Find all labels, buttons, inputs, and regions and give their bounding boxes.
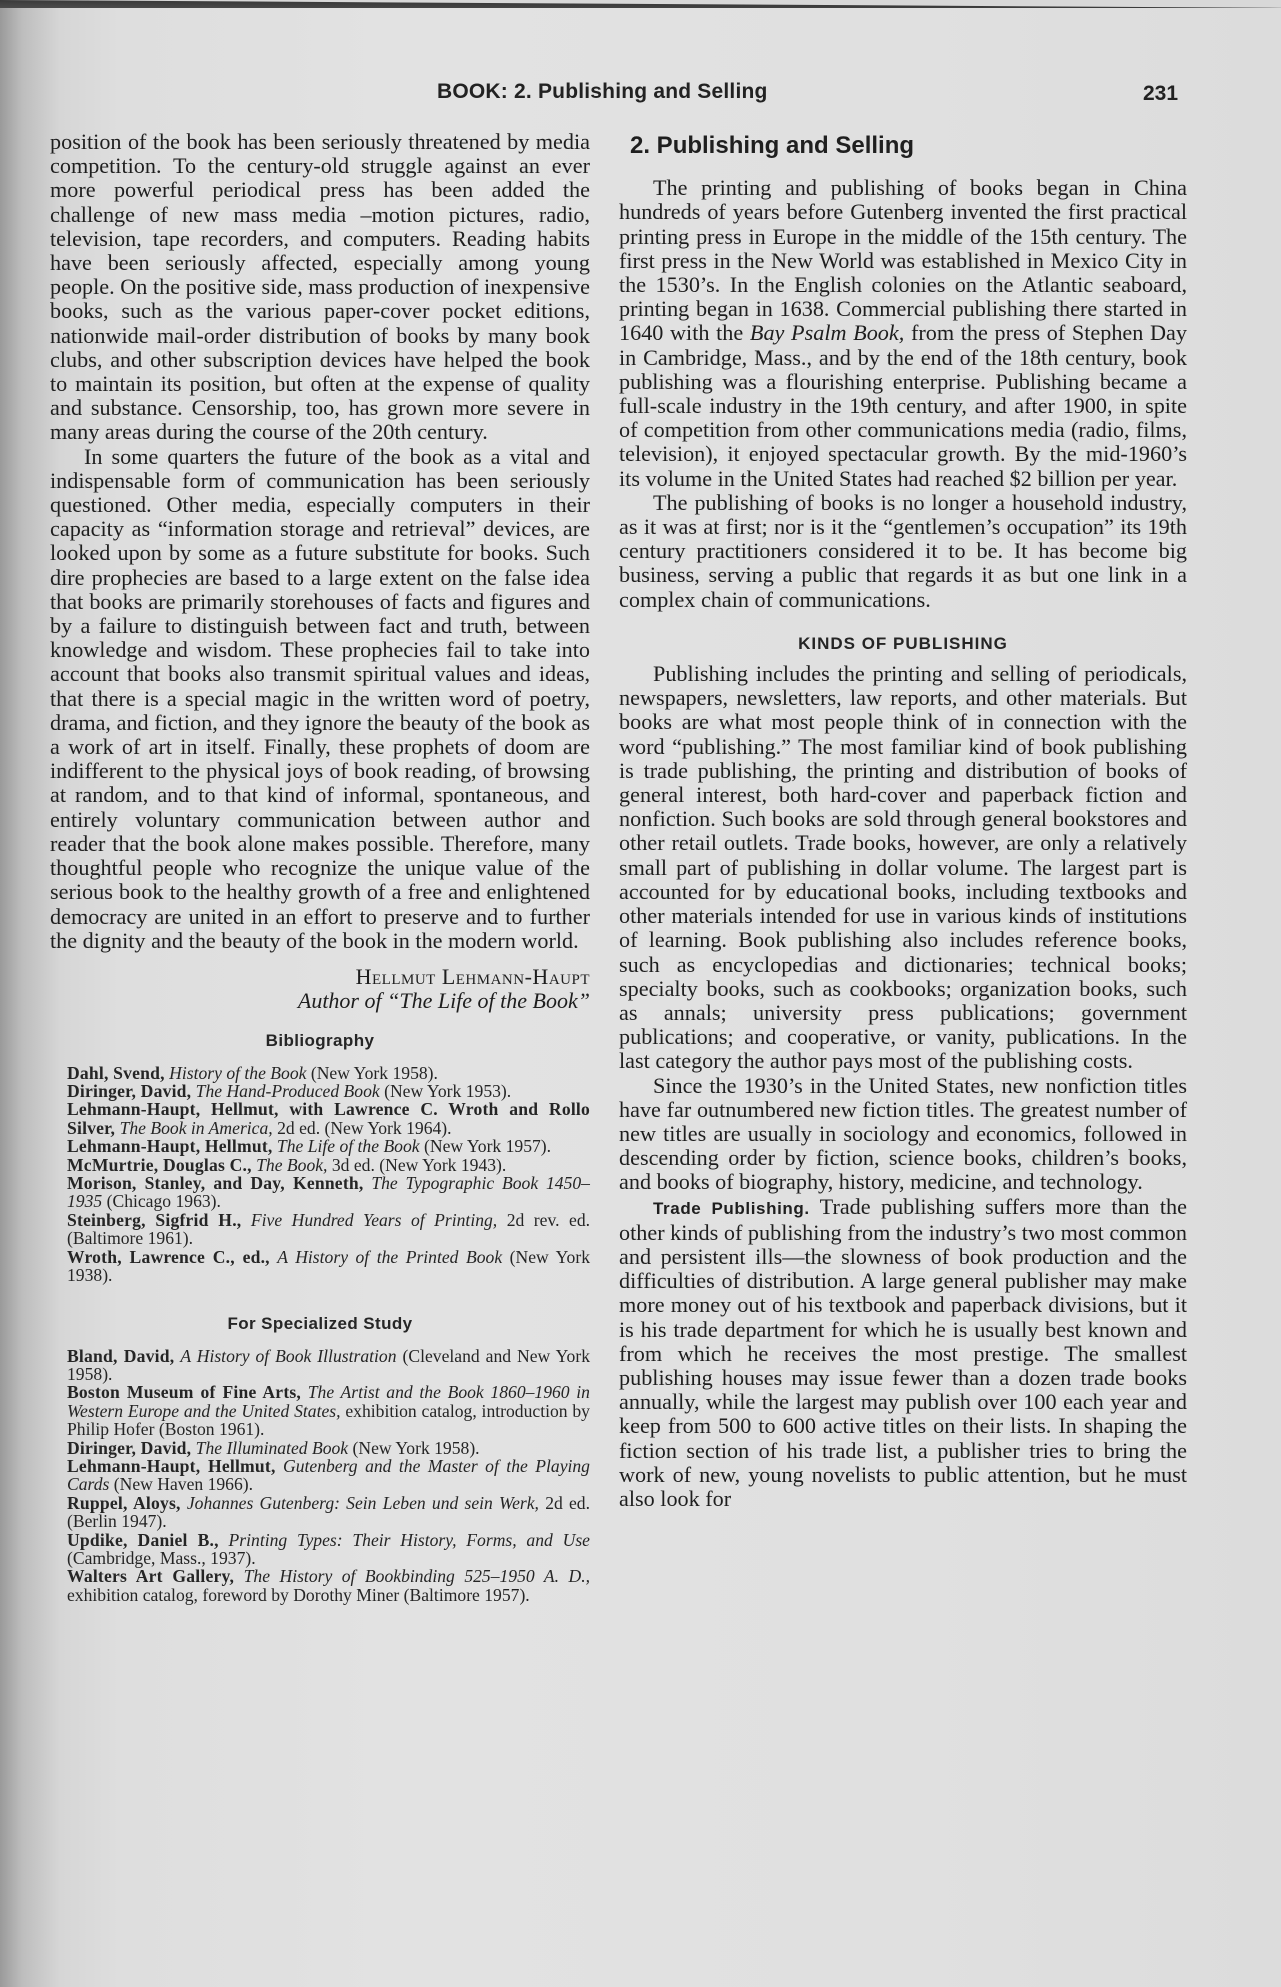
entry-author: Wroth, Lawrence C., ed., [67,1247,270,1267]
bibliography-entry: Lehmann-Haupt, Hellmut, Gutenberg and th… [50,1457,590,1494]
bibliography-entry: Bland, David, A History of Book Illustra… [50,1347,590,1384]
entry-author: McMurtrie, Douglas C., [67,1155,252,1175]
entry-author: Lehmann-Haupt, Hellmut, [67,1456,276,1476]
entry-publication: exhibition catalog, foreword by Dorothy … [67,1585,530,1605]
book-page: BOOK: 2. Publishing and Selling 231 posi… [0,8,1281,1987]
bibliography-entry: Wroth, Lawrence C., ed., A History of th… [50,1248,590,1285]
running-title: BOOK: 2. Publishing and Selling [437,80,768,104]
book-title: Bay Psalm Book, [750,320,904,345]
entry-author: Dahl, Svend, [67,1063,165,1083]
bibliography-entry: Lehmann-Haupt, Hellmut, The Life of the … [50,1137,590,1155]
bibliography-heading: Bibliography [50,1029,590,1053]
body-paragraph: position of the book has been seriously … [50,130,590,445]
bibliography-entry: Steinberg, Sigfrid H., Five Hundred Year… [50,1211,590,1248]
entry-publication: (New Haven 1966). [114,1474,253,1494]
bibliography-entry: Morison, Stanley, and Day, Kenneth, The … [50,1174,590,1211]
entry-author: Walters Art Gallery, [67,1566,234,1586]
entry-title: History of the Book [169,1063,306,1083]
entry-author: Boston Museum of Fine Arts, [67,1382,301,1402]
entry-author: Ruppel, Aloys, [67,1493,181,1513]
entry-author: Bland, David, [67,1346,174,1366]
bibliography-list: Dahl, Svend, History of the Book (New Yo… [50,1064,590,1285]
bibliography-entry: Diringer, David, The Illuminated Book (N… [50,1439,590,1457]
entry-title: The Illuminated Book [196,1438,348,1458]
entry-title: Printing Types: Their History, Forms, an… [229,1530,590,1550]
right-column: 2. Publishing and Selling The printing a… [619,130,1187,1511]
subheading-kinds-of-publishing: KINDS OF PUBLISHING [619,632,1187,656]
entry-author: Steinberg, Sigfrid H., [67,1210,241,1230]
entry-publication: (New York 1953). [384,1081,511,1101]
entry-publication: (New York 1958). [311,1063,438,1083]
body-paragraph: In some quarters the future of the book … [50,445,590,953]
bibliography-entry: Walters Art Gallery, The History of Book… [50,1567,590,1604]
section-title: 2. Publishing and Selling [630,134,1187,158]
entry-author: Updike, Daniel B., [67,1530,219,1550]
body-paragraph: Publishing includes the printing and sel… [619,662,1187,1073]
entry-publication: (New York 1958). [353,1438,480,1458]
run-in-heading: Trade Publishing. [653,1199,810,1218]
bibliography-entry: Lehmann-Haupt, Hellmut, with Lawrence C.… [50,1100,590,1137]
entry-title: The Life of the Book [277,1136,420,1156]
body-paragraph: The publishing of books is no longer a h… [619,491,1187,612]
left-column: position of the book has been seriously … [50,130,590,1604]
specialized-study-heading: For Specialized Study [50,1312,590,1336]
entry-title: A History of Book Illustration [180,1346,396,1366]
entry-author: Diringer, David, [67,1081,191,1101]
bibliography-entry: McMurtrie, Douglas C., The Book, 3d ed. … [50,1156,590,1174]
entry-publication: 3d ed. (New York 1943). [332,1155,506,1175]
entry-publication: 2d ed. (New York 1964). [277,1118,451,1138]
running-head: BOOK: 2. Publishing and Selling 231 [0,80,1281,110]
author-credit: Author of “The Life of the Book” [50,989,590,1013]
bibliography-entry: Boston Museum of Fine Arts, The Artist a… [50,1383,590,1438]
specialized-study-list: Bland, David, A History of Book Illustra… [50,1347,590,1605]
bibliography-entry: Updike, Daniel B., Printing Types: Their… [50,1531,590,1568]
entry-author: Lehmann-Haupt, Hellmut, [67,1136,273,1156]
entry-title: A History of the Printed Book [277,1247,502,1267]
bibliography-entry: Diringer, David, The Hand-Produced Book … [50,1082,590,1100]
entry-title: The Book, [256,1155,327,1175]
body-paragraph: The printing and publishing of books beg… [619,176,1187,491]
body-paragraph-trade-publishing: Trade Publishing. Trade publishing suffe… [619,1195,1187,1512]
author-signature: Hellmut Lehmann-Haupt Author of “The Lif… [50,965,590,1013]
entry-author: Diringer, David, [67,1438,191,1458]
entry-publication: (New York 1957). [424,1136,551,1156]
author-name: Hellmut Lehmann-Haupt [50,965,590,989]
entry-publication: (Chicago 1963). [107,1191,221,1211]
entry-title: The History of Bookbinding 525–1950 A. D… [244,1566,590,1586]
entry-author: Morison, Stanley, and Day, Kenneth, [67,1173,363,1193]
entry-publication: (Cambridge, Mass., 1937). [67,1548,256,1568]
entry-title: The Hand-Produced Book [196,1081,380,1101]
entry-title: Johannes Gutenberg: Sein Leben und sein … [187,1493,539,1513]
entry-title: The Book in America, [120,1118,273,1138]
page-number: 231 [1143,82,1178,106]
bibliography-entry: Dahl, Svend, History of the Book (New Yo… [50,1064,590,1082]
entry-title: Five Hundred Years of Printing, [251,1210,497,1230]
body-paragraph: Since the 1930’s in the United States, n… [619,1074,1187,1195]
bibliography-entry: Ruppel, Aloys, Johannes Gutenberg: Sein … [50,1494,590,1531]
